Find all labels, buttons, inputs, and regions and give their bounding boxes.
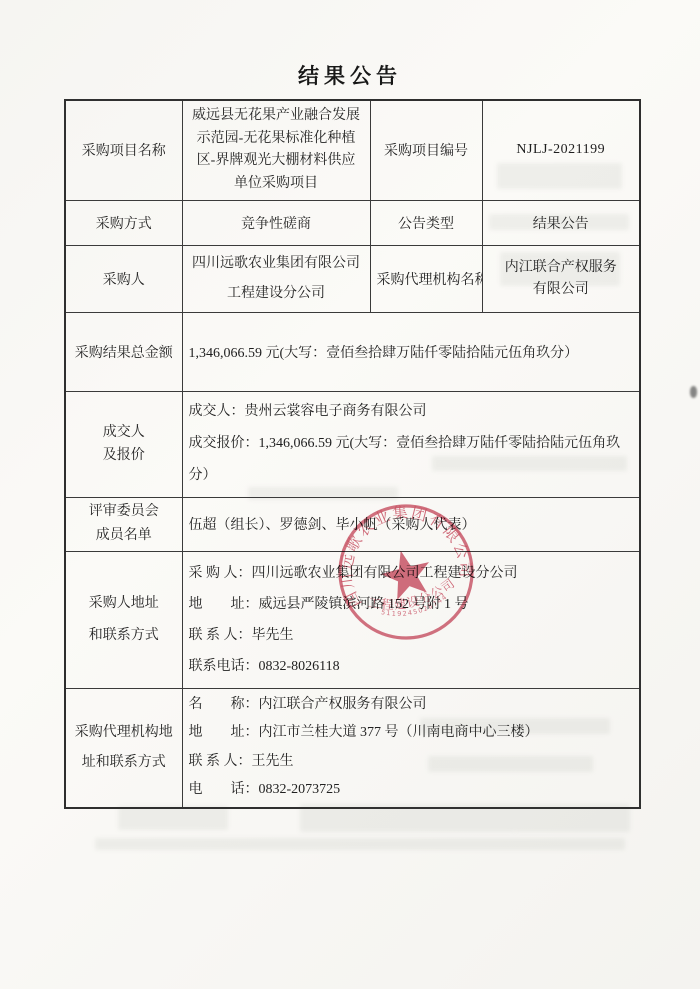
- winner-quote-line: 成交报价：1,346,066.59 元(大写：壹佰叁拾肆万陆仟零陆拾陆元伍角玖分…: [189, 428, 634, 492]
- table-row: 采购结果总金额 1,346,066.59 元(大写：壹佰叁拾肆万陆仟零陆拾陆元伍…: [65, 312, 640, 391]
- contact-line: 联系电话：0832-8026118: [189, 651, 634, 682]
- scan-smudge: [690, 386, 697, 398]
- agency-contact-value: 名 称：内江联合产权服务有限公司 地 址：内江市兰桂大道 377 号（川南电商中…: [182, 688, 640, 808]
- winner-value: 成交人：贵州云裳容电子商务有限公司 成交报价：1,346,066.59 元(大写…: [182, 391, 640, 497]
- agency-contact-label: 采购代理机构地 址和联系方式: [65, 688, 182, 808]
- svg-text:四川远歌农业集团有限公司: 四川远歌农业集团有限公司: [330, 494, 478, 611]
- contact-line: 地 址：内江市兰桂大道 377 号（川南电商中心三楼）: [189, 719, 634, 748]
- method-value: 竞争性磋商: [182, 200, 370, 245]
- table-row: 采购方式 竞争性磋商 公告类型 结果公告: [65, 200, 640, 245]
- project-name-value: 威远县无花果产业融合发展 示范园-无花果标准化种植 区-界牌观光大棚材料供应 单…: [182, 100, 370, 200]
- bleed-through-artifact: [118, 806, 228, 830]
- total-amount-value: 1,346,066.59 元(大写：壹佰叁拾肆万陆仟零陆拾陆元伍角玖分）: [182, 312, 640, 391]
- contact-line: 名 称：内江联合产权服务有限公司: [189, 691, 634, 720]
- table-row: 采购人 四川远歌农业集团有限公司 工程建设分公司 采购代理机构名称 内江联合产权…: [65, 245, 640, 312]
- purchaser-label: 采购人: [65, 245, 182, 312]
- seal-company-arc-text: 四川远歌农业集团有限公司: [330, 494, 478, 611]
- announcement-table: 采购项目名称 威远县无花果产业融合发展 示范园-无花果标准化种植 区-界牌观光大…: [64, 99, 641, 809]
- project-code-value: NJLJ-2021199: [482, 100, 640, 200]
- announce-type-value: 结果公告: [482, 200, 640, 245]
- purchaser-contact-label: 采购人地址 和联系方式: [65, 551, 182, 688]
- method-label: 采购方式: [65, 200, 182, 245]
- purchaser-value: 四川远歌农业集团有限公司 工程建设分公司: [182, 245, 370, 312]
- project-name-label: 采购项目名称: [65, 100, 182, 200]
- company-seal-stamp: 四川远歌农业集团有限公司 工程建设分公司 5119245028744: [330, 494, 482, 650]
- scanned-document-page: 结果公告 采购项目名称 威远县无花果产业融合发展 示范园-无花果标准化种植 区-…: [0, 0, 700, 989]
- contact-line: 电 话：0832-2073725: [189, 776, 634, 805]
- contact-line: 联 系 人：王先生: [189, 748, 634, 777]
- bleed-through-artifact: [95, 838, 625, 850]
- table-row: 采购项目名称 威远县无花果产业融合发展 示范园-无花果标准化种植 区-界牌观光大…: [65, 100, 640, 200]
- agency-name-label: 采购代理机构名称: [370, 245, 482, 312]
- total-amount-label: 采购结果总金额: [65, 312, 182, 391]
- committee-label: 评审委员会 成员名单: [65, 497, 182, 551]
- project-code-label: 采购项目编号: [370, 100, 482, 200]
- winner-label: 成交人 及报价: [65, 391, 182, 497]
- table-row: 成交人 及报价 成交人：贵州云裳容电子商务有限公司 成交报价：1,346,066…: [65, 391, 640, 497]
- announce-type-label: 公告类型: [370, 200, 482, 245]
- page-title: 结果公告: [0, 60, 700, 90]
- winner-line: 成交人：贵州云裳容电子商务有限公司: [189, 396, 634, 428]
- agency-name-value: 内江联合产权服务 有限公司: [482, 245, 640, 312]
- table-row: 采购代理机构地 址和联系方式 名 称：内江联合产权服务有限公司 地 址：内江市兰…: [65, 688, 640, 808]
